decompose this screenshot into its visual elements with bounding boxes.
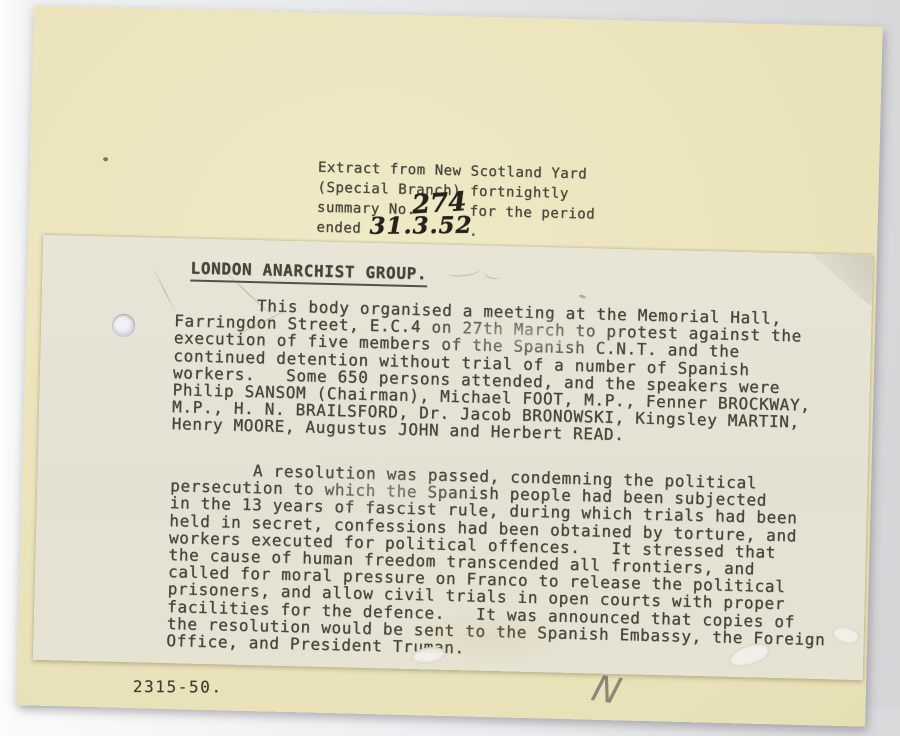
paper-speck bbox=[103, 157, 108, 161]
pencil-squiggle bbox=[446, 263, 481, 278]
extract-note: Extract from New Scotland Yard (Special … bbox=[316, 158, 648, 246]
memo-paper: LONDON ANARCHIST GROUP. This body organi… bbox=[33, 235, 873, 680]
folded-corner bbox=[810, 254, 873, 307]
paper-speck bbox=[579, 294, 587, 299]
pencil-squiggle bbox=[484, 268, 502, 281]
memo-paragraph-2: A resolution was passed, condemning the … bbox=[166, 460, 860, 666]
file-reference: 2315-50. bbox=[133, 677, 223, 697]
crease-line bbox=[152, 266, 178, 316]
punch-hole bbox=[112, 314, 136, 338]
pencil-mark-n: N bbox=[587, 669, 625, 713]
scanned-document: Extract from New Scotland Yard (Special … bbox=[0, 0, 900, 736]
handwritten-period-date: 31.3.52 bbox=[369, 212, 472, 240]
